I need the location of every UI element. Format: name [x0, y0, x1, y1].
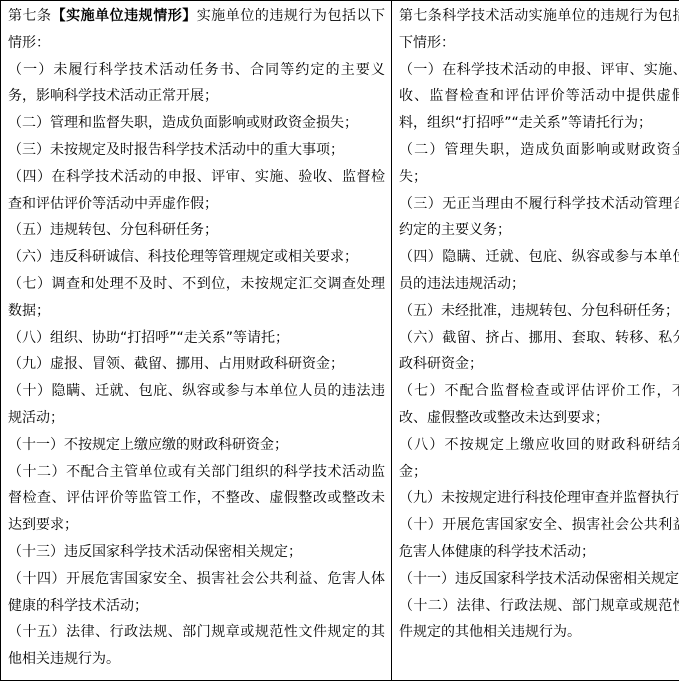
clause-paragraph: （五）违规转包、分包科研任务；	[8, 217, 385, 244]
clause-paragraph: （六）违反科研诚信、科技伦理等管理规定或相关要求；	[8, 244, 385, 271]
clause-list-left: （一）未履行科学技术活动任务书、合同等约定的主要义务，影响科学技术活动正常开展；…	[8, 57, 385, 673]
left-column-content: 第七条【实施单位违规情形】实施单位的违规行为包括以下情形： （一）未履行科学技术…	[8, 3, 385, 675]
clause-paragraph: （二）管理和监督失职，造成负面影响或财政资金损失；	[8, 110, 385, 137]
left-column-cell-original-text: 第七条【实施单位违规情形】实施单位的违规行为包括以下情形： （一）未履行科学技术…	[1, 1, 392, 681]
clause-paragraph: （七）不配合监督检查或评估评价工作，不整改、虚假整改或整改未达到要求；	[399, 378, 679, 432]
article-title-bracket: 【实施单位违规情形】	[52, 8, 197, 24]
clause-paragraph: （十二）不配合主管单位或有关部门组织的科学技术活动监督检查、评估评价等监管工作，…	[8, 459, 385, 539]
clause-paragraph: （七）调查和处理不及时、不到位，未按规定汇交调查处理数据；	[8, 271, 385, 325]
table-row: 第七条【实施单位违规情形】实施单位的违规行为包括以下情形： （一）未履行科学技术…	[1, 1, 679, 681]
clause-paragraph: （一）在科学技术活动的申报、评审、实施、验收、监督检查和评估评价等活动中提供虚假…	[399, 57, 679, 137]
clause-paragraph: （十一）违反国家科学技术活动保密相关规定；	[399, 566, 679, 593]
clause-paragraph: （十四）开展危害国家安全、损害社会公共利益、危害人体健康的科学技术活动；	[8, 566, 385, 620]
clause-paragraph: （四）隐瞒、迁就、包庇、纵容或参与本单位人员的违法违规活动；	[399, 244, 679, 298]
clause-paragraph: （八）不按规定上缴应收回的财政科研结余资金；	[399, 432, 679, 486]
clause-paragraph: （十）开展危害国家安全、损害社会公共利益、危害人体健康的科学技术活动；	[399, 512, 679, 566]
clause-paragraph: （五）未经批准，违规转包、分包科研任务；	[399, 298, 679, 325]
clause-paragraph: （三）未按规定及时报告科学技术活动中的重大事项；	[8, 137, 385, 164]
clause-paragraph: （一）未履行科学技术活动任务书、合同等约定的主要义务，影响科学技术活动正常开展；	[8, 57, 385, 111]
clause-paragraph: （九）虚报、冒领、截留、挪用、占用财政科研资金；	[8, 351, 385, 378]
clause-paragraph: （八）组织、协助“打招呼”“走关系”等请托；	[8, 325, 385, 352]
comparison-table: 第七条【实施单位违规情形】实施单位的违规行为包括以下情形： （一）未履行科学技术…	[0, 0, 679, 681]
clause-paragraph: （六）截留、挤占、挪用、套取、转移、私分财政科研资金；	[399, 325, 679, 379]
clause-paragraph: （十三）违反国家科学技术活动保密相关规定；	[8, 539, 385, 566]
clause-paragraph: （十五）法律、行政法规、部门规章或规范性文件规定的其他相关违规行为。	[8, 619, 385, 673]
clause-paragraph: （三）无正当理由不履行科学技术活动管理合同约定的主要义务；	[399, 191, 679, 245]
clause-paragraph: （十）隐瞒、迁就、包庇、纵容或参与本单位人员的违法违规活动；	[8, 378, 385, 432]
article-intro-right: 第七条科学技术活动实施单位的违规行为包括以下情形：	[399, 3, 679, 57]
clause-paragraph: （四）在科学技术活动的申报、评审、实施、验收、监督检查和评估评价等活动中弄虚作假…	[8, 164, 385, 218]
clause-paragraph: （十二）法律、行政法规、部门规章或规范性文件规定的其他相关违规行为。	[399, 593, 679, 647]
clause-list-right: （一）在科学技术活动的申报、评审、实施、验收、监督检查和评估评价等活动中提供虚假…	[399, 57, 679, 647]
article-intro-left: 第七条【实施单位违规情形】实施单位的违规行为包括以下情形：	[8, 3, 385, 57]
right-column-content: 第七条科学技术活动实施单位的违规行为包括以下情形： （一）在科学技术活动的申报、…	[399, 3, 679, 675]
clause-paragraph: （九）未按规定进行科技伦理审查并监督执行；	[399, 485, 679, 512]
clause-paragraph: （二）管理失职，造成负面影响或财政资金损失；	[399, 137, 679, 191]
clause-paragraph: （十一）不按规定上缴应缴的财政科研资金；	[8, 432, 385, 459]
article-number-left: 第七条	[8, 8, 52, 24]
right-column-cell-revised-text: 第七条科学技术活动实施单位的违规行为包括以下情形： （一）在科学技术活动的申报、…	[392, 1, 679, 681]
